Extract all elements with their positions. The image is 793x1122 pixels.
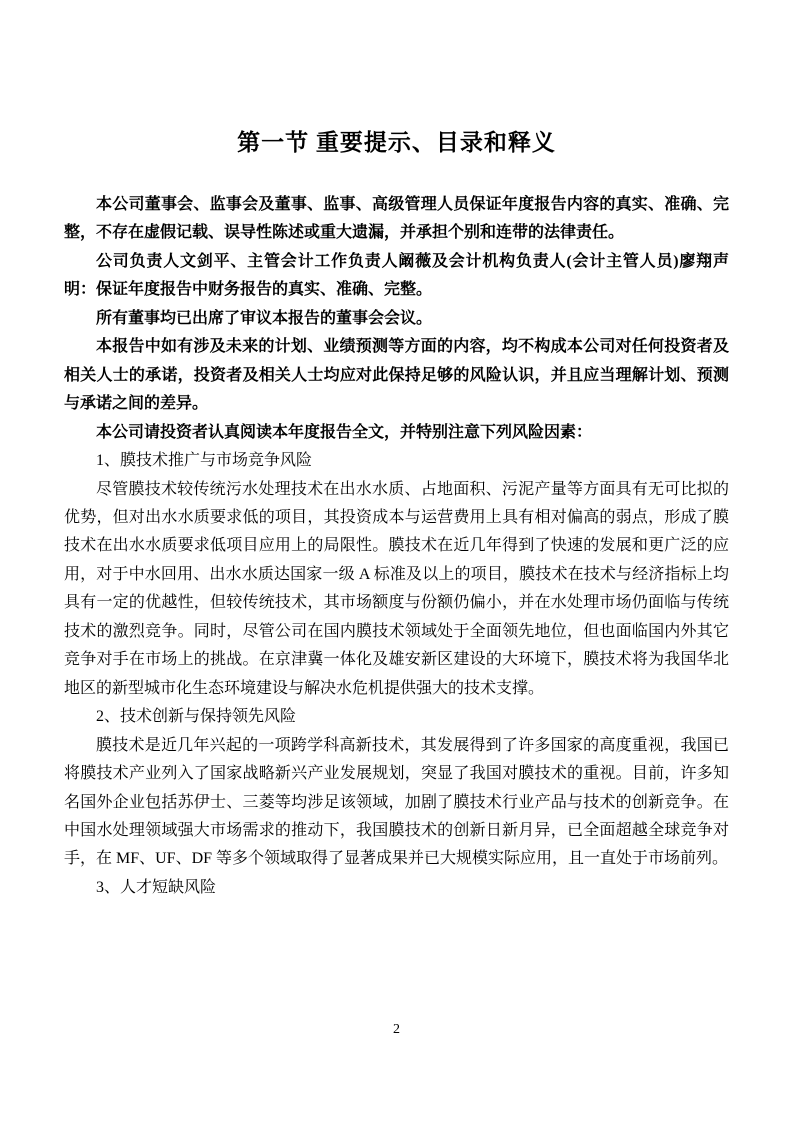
section-title: 第一节 重要提示、目录和释义 [64, 128, 729, 158]
report-page: 第一节 重要提示、目录和释义 本公司董事会、监事会及董事、监事、高级管理人员保证… [0, 0, 793, 1122]
risk-heading-1: 1、膜技术推广与市场竞争风险 [64, 447, 729, 475]
directors-attendance-statement: 所有董事均已出席了审议本报告的董事会会议。 [64, 305, 729, 333]
page-number: 2 [0, 1022, 793, 1038]
risk-body-2: 膜技术是近几年兴起的一项跨学科高新技术，其发展得到了许多国家的高度重视，我国已将… [64, 732, 729, 874]
risk-notice-lead: 本公司请投资者认真阅读本年度报告全文，并特别注意下列风险因素： [64, 419, 729, 447]
responsible-persons-statement: 公司负责人文剑平、主管会计工作负责人阚薇及会计机构负责人(会计主管人员)廖翔声明… [64, 248, 729, 305]
risk-heading-2: 2、技术创新与保持领先风险 [64, 703, 729, 731]
forward-looking-disclaimer: 本报告中如有涉及未来的计划、业绩预测等方面的内容，均不构成本公司对任何投资者及相… [64, 333, 729, 418]
risk-heading-3: 3、人才短缺风险 [64, 874, 729, 902]
board-assurance-statement: 本公司董事会、监事会及董事、监事、高级管理人员保证年度报告内容的真实、准确、完整… [64, 191, 729, 248]
risk-body-1: 尽管膜技术较传统污水处理技术在出水水质、占地面积、污泥产量等方面具有无可比拟的优… [64, 476, 729, 704]
